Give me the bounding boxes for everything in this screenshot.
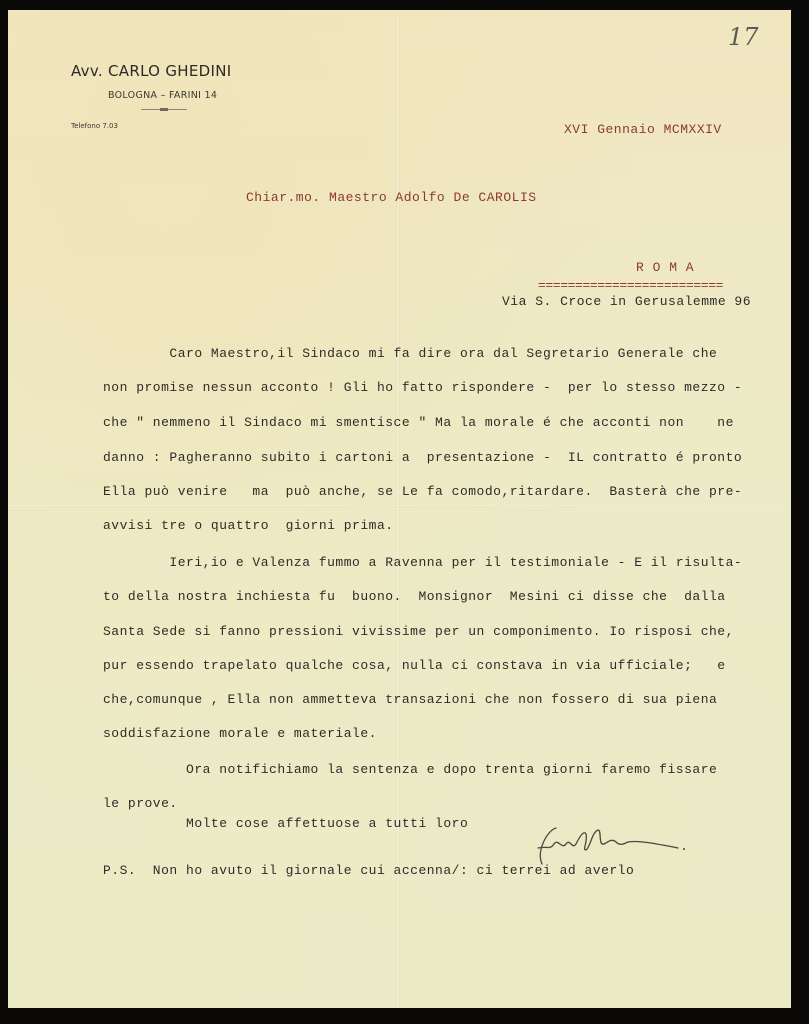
body-line: Ieri,io e Valenza fummo a Ravenna per il… <box>103 555 742 570</box>
letterhead-name: Avv. CARLO GHEDINI <box>71 62 231 80</box>
body-line: soddisfazione morale e materiale. <box>103 726 377 741</box>
closing-line: Molte cose affettuose a tutti loro <box>103 816 468 831</box>
recipient-city-underline: ========================= <box>538 278 723 293</box>
body-line: le prove. <box>103 796 178 811</box>
body-line: non promise nessun acconto ! Gli ho fatt… <box>103 380 742 395</box>
vertical-fold-line <box>398 10 400 1008</box>
body-line: Caro Maestro,il Sindaco mi fa dire ora d… <box>103 346 717 361</box>
recipient-name: Chiar.mo. Maestro Adolfo De CAROLIS <box>246 190 537 205</box>
letter-date: XVI Gennaio MCMXXIV <box>564 122 722 137</box>
letterhead-address: BOLOGNA – FARINI 14 <box>108 90 217 101</box>
letterhead-divider <box>141 109 187 110</box>
recipient-city: R O M A <box>636 260 694 275</box>
recipient-street: Via S. Croce in Gerusalemme 96 <box>502 294 751 309</box>
body-line: che " nemmeno il Sindaco mi smentisce " … <box>103 415 734 430</box>
body-line: to della nostra inchiesta fu buono. Mons… <box>103 589 726 604</box>
letterhead-phone: Telefono 7.03 <box>71 122 118 130</box>
postscript: P.S. Non ho avuto il giornale cui accenn… <box>103 863 634 878</box>
letter-page: Avv. CARLO GHEDINI BOLOGNA – FARINI 14 T… <box>8 10 791 1008</box>
body-line: Ora notifichiamo la sentenza e dopo tren… <box>103 762 717 777</box>
body-line: danno : Pagheranno subito i cartoni a pr… <box>103 450 742 465</box>
body-line: avvisi tre o quattro giorni prima. <box>103 518 394 533</box>
body-line: Ella può venire ma può anche, se Le fa c… <box>103 484 742 499</box>
body-line: Santa Sede si fanno pressioni vivissime … <box>103 624 734 639</box>
archive-number: 17 <box>728 23 759 51</box>
body-line: pur essendo trapelato qualche cosa, null… <box>103 658 726 673</box>
body-line: che,comunque , Ella non ammetteva transa… <box>103 692 717 707</box>
horizontal-fold-line <box>8 505 791 507</box>
